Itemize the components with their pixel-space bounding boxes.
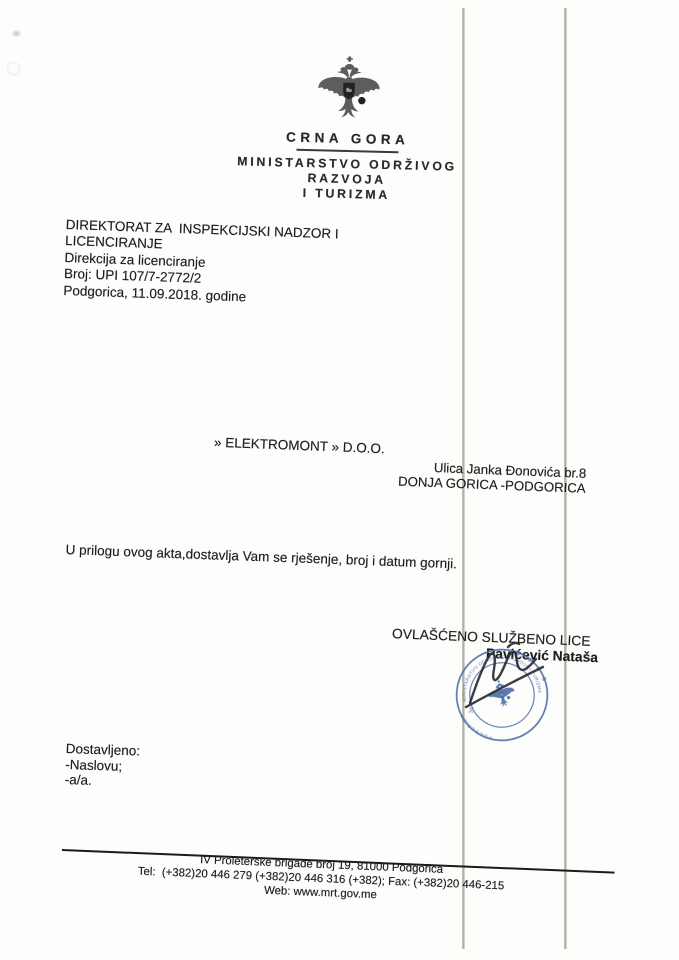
- scanned-letter-page: CRNA GORA MINISTARSTVO ODRŽIVOG RAZVOJA …: [0, 0, 679, 960]
- footer: IV Proleterske brigade broj 19, 81000 Po…: [87, 850, 554, 910]
- delivery-label: Dostavljeno:: [65, 741, 140, 759]
- letterhead-rule: [296, 149, 398, 154]
- recipient-address: Ulica Janka Đonovića br.8 DONJA GORICA -…: [383, 458, 586, 497]
- scan-speck: [13, 31, 20, 36]
- delivery-item: -a/a.: [64, 772, 139, 790]
- sender-block: DIREKTORAT ZA INSPEKCIJSKI NADZOR I LICE…: [63, 217, 339, 309]
- coat-of-arms-icon: [316, 55, 382, 129]
- handwritten-signature: [448, 637, 568, 719]
- letterhead: CRNA GORA MINISTARSTVO ODRŽIVOG RAZVOJA …: [200, 52, 495, 205]
- country-name: CRNA GORA: [202, 127, 494, 149]
- recipient-name: » ELEKTROMONT » D.O.O.: [214, 435, 385, 457]
- scan-speck: [7, 62, 20, 75]
- delivery-block: Dostavljeno: -Naslovu; -a/a.: [64, 741, 140, 790]
- body-paragraph: U prilogu ovog akta,dostavlja Vam se rje…: [65, 542, 457, 571]
